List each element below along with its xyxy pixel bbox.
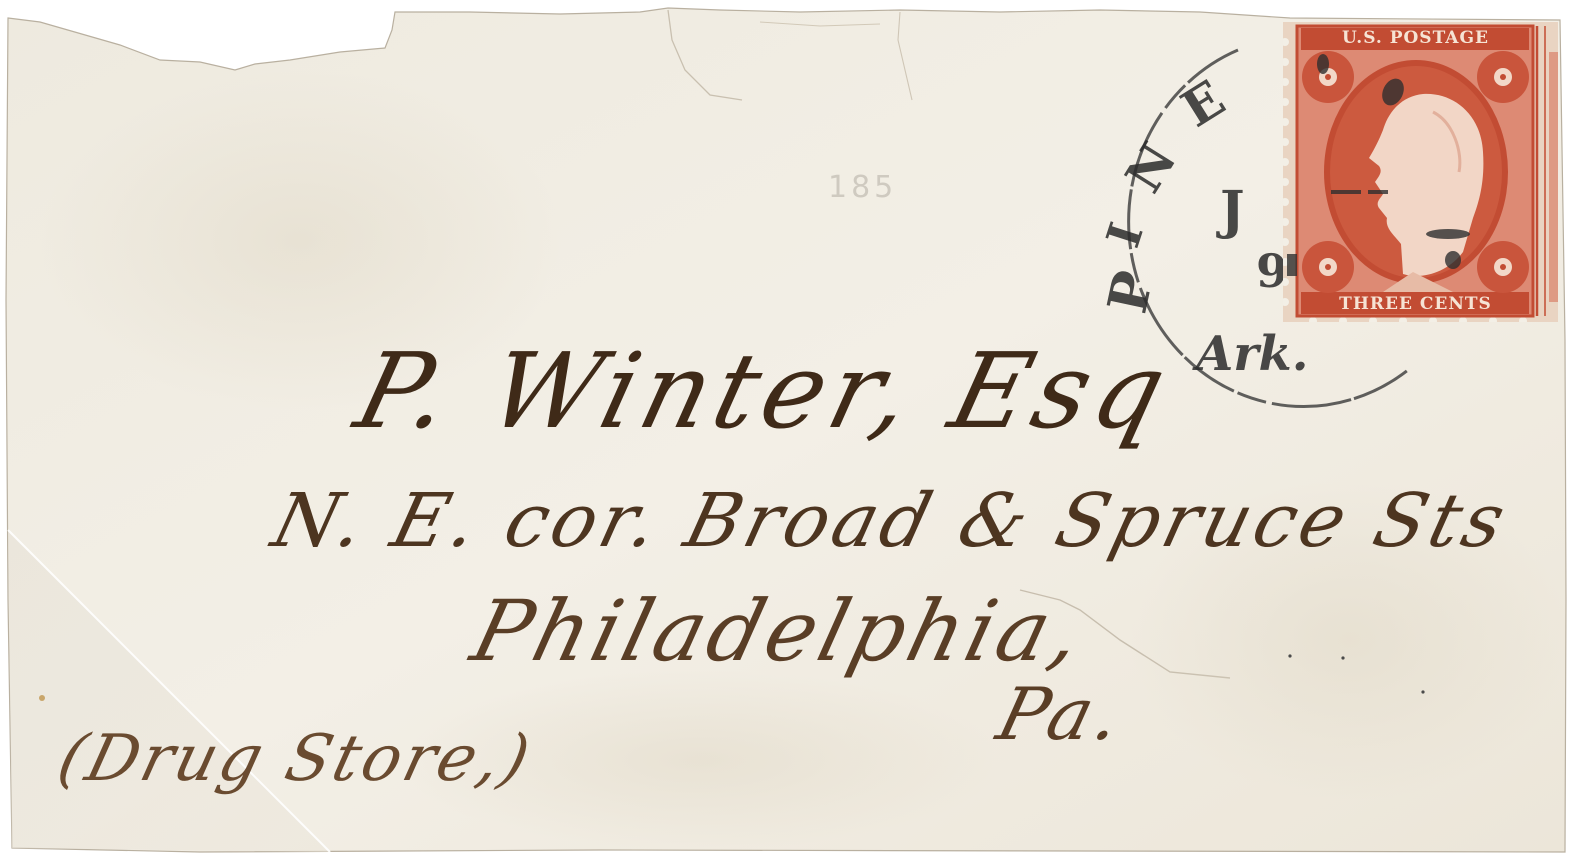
addressee-name: P. Winter, Esq bbox=[345, 330, 1183, 452]
address-street: N. E. cor. Broad & Spruce Sts bbox=[264, 478, 1517, 564]
stamp-label-top: U.S. POSTAGE bbox=[1303, 28, 1528, 48]
stamp-artwork bbox=[1283, 22, 1558, 322]
postmark-month: J bbox=[1220, 180, 1245, 241]
postmark-state: Ark. bbox=[1196, 326, 1309, 382]
postage-stamp: U.S. POSTAGE THREE CENTS bbox=[1283, 22, 1558, 322]
address-state: Pa. bbox=[990, 672, 1134, 756]
annotation-note: (Drug Store,) bbox=[51, 722, 540, 796]
pencil-notation: 185 bbox=[828, 170, 897, 205]
stamp-label-bottom: THREE CENTS bbox=[1303, 294, 1528, 314]
scene: 185 P I N E J 9 Ark. bbox=[0, 0, 1573, 854]
address-city: Philadelphia, bbox=[463, 582, 1096, 680]
